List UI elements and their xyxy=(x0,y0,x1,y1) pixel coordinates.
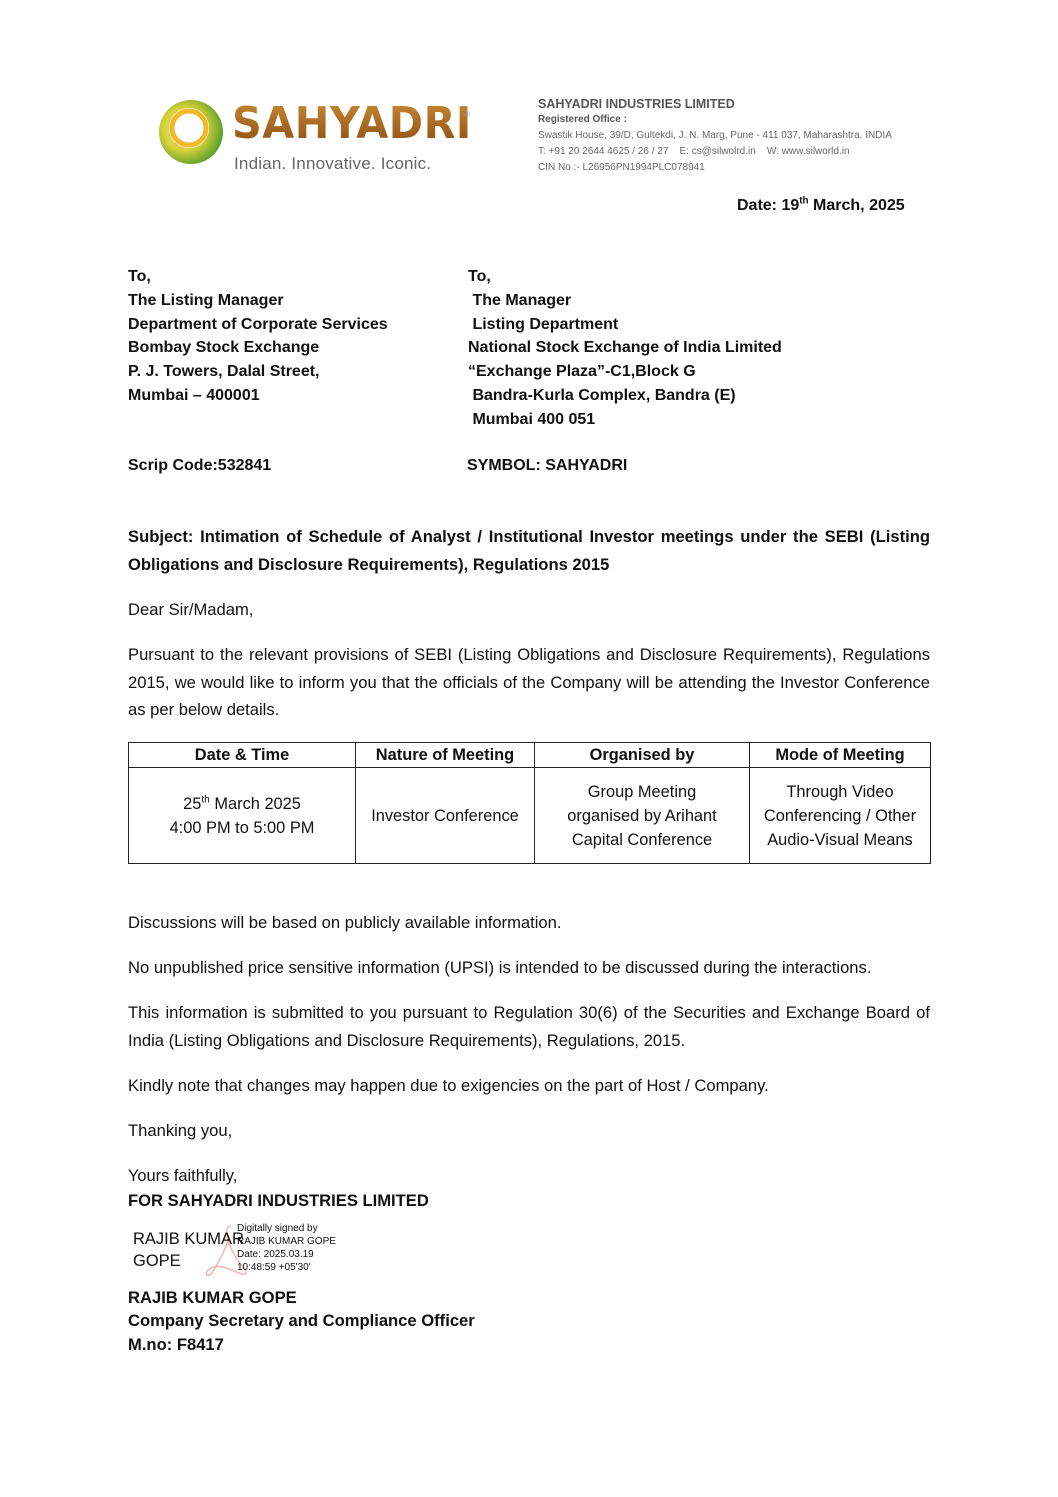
meeting-day-ordinal: th xyxy=(201,794,209,805)
intro-paragraph: Pursuant to the relevant provisions of S… xyxy=(128,641,930,724)
registered-mark: ® xyxy=(464,110,470,119)
address-line: Department of Corporate Services xyxy=(128,313,388,337)
cell-organised-by: Group Meeting organised by Arihant Capit… xyxy=(535,768,750,864)
signature-detail: RAJIB KUMAR GOPE xyxy=(237,1235,336,1248)
paragraph-regulation: This information is submitted to you pur… xyxy=(128,999,930,1054)
col-mode: Mode of Meeting xyxy=(750,743,931,768)
signature-detail: Digitally signed by xyxy=(237,1222,336,1235)
meeting-schedule-table: Date & Time Nature of Meeting Organised … xyxy=(128,742,931,864)
address-line: Mumbai – 400001 xyxy=(128,384,388,408)
signature-details: Digitally signed by RAJIB KUMAR GOPE Dat… xyxy=(237,1222,336,1274)
addressee-bse: To,The Listing ManagerDepartment of Corp… xyxy=(128,265,388,408)
cell-date-time: 25th March 2025 4:00 PM to 5:00 PM xyxy=(129,768,356,864)
address-line: Bandra-Kurla Complex, Bandra (E) xyxy=(468,384,782,408)
paragraph-public-info: Discussions will be based on publicly av… xyxy=(128,909,930,937)
address-line: Mumbai 400 051 xyxy=(468,408,782,432)
col-organised-by: Organised by xyxy=(535,743,750,768)
address-line: P. J. Towers, Dalal Street, xyxy=(128,360,388,384)
col-date-time: Date & Time xyxy=(129,743,356,768)
address-line: To, xyxy=(128,265,388,289)
signature-detail: Date: 2025.03.19 xyxy=(237,1248,336,1261)
signature-detail: 10:48:59 +05'30' xyxy=(237,1261,336,1274)
company-logo: SAHYADRI ® Indian. Innovative. Iconic. xyxy=(158,96,478,180)
digital-signature[interactable]: RAJIB KUMAR GOPE Digitally signed by RAJ… xyxy=(133,1222,393,1282)
scrip-code: Scrip Code:532841 xyxy=(128,457,271,475)
signature-name: RAJIB KUMAR GOPE xyxy=(133,1228,244,1272)
address-line: To, xyxy=(468,265,782,289)
brand-tagline: Indian. Innovative. Iconic. xyxy=(234,154,431,174)
meeting-day: 25 xyxy=(183,795,201,813)
signature-name-line1: RAJIB KUMAR xyxy=(133,1228,244,1250)
signatory-membership: M.no: F8417 xyxy=(128,1335,224,1355)
date-prefix: Date: 19 xyxy=(737,197,799,214)
paragraph-upsi: No unpublished price sensitive informati… xyxy=(128,954,930,982)
addressee-nse: To, The Manager Listing DepartmentNation… xyxy=(468,265,782,432)
registered-office-label: Registered Office : xyxy=(538,112,892,128)
closing-yours: Yours faithfully, xyxy=(128,1167,237,1186)
stock-symbol: SYMBOL: SAHYADRI xyxy=(467,457,627,475)
address-line: Listing Department xyxy=(468,313,782,337)
letterhead-company-name: SAHYADRI INDUSTRIES LIMITED xyxy=(538,96,892,112)
salutation: Dear Sir/Madam, xyxy=(128,596,930,624)
signatory-name: RAJIB KUMAR GOPE xyxy=(128,1288,297,1308)
address-line: Bombay Stock Exchange xyxy=(128,336,388,360)
paragraph-thanks: Thanking you, xyxy=(128,1117,930,1145)
registered-office-address: Swastik House, 39/D, Gultekdi, J. N. Mar… xyxy=(538,128,892,144)
letterhead: SAHYADRI INDUSTRIES LIMITED Registered O… xyxy=(538,96,892,176)
address-line: “Exchange Plaza”-C1,Block G xyxy=(468,360,782,384)
table-row: 25th March 2025 4:00 PM to 5:00 PM Inves… xyxy=(129,768,931,864)
signatory-title: Company Secretary and Compliance Officer xyxy=(128,1311,475,1331)
paragraph-changes-note: Kindly note that changes may happen due … xyxy=(128,1072,930,1100)
address-line: National Stock Exchange of India Limited xyxy=(468,336,782,360)
letterhead-cin: CIN No :- L26956PN1994PLC078941 xyxy=(538,160,892,176)
date-suffix: March, 2025 xyxy=(809,197,905,214)
cell-mode: Through Video Conferencing / Other Audio… xyxy=(750,768,931,864)
letter-subject: Subject: Intimation of Schedule of Analy… xyxy=(128,523,930,578)
col-nature: Nature of Meeting xyxy=(356,743,535,768)
meeting-month-year: March 2025 xyxy=(210,795,301,813)
sun-ring-icon xyxy=(158,99,224,165)
signature-name-line2: GOPE xyxy=(133,1250,244,1272)
letterhead-contact: T: +91 20 2644 4625 / 26 / 27 E: cs@silw… xyxy=(538,144,892,160)
letter-date: Date: 19th March, 2025 xyxy=(737,197,905,215)
cell-nature: Investor Conference xyxy=(356,768,535,864)
table-header-row: Date & Time Nature of Meeting Organised … xyxy=(129,743,931,768)
meeting-time: 4:00 PM to 5:00 PM xyxy=(170,819,315,837)
address-line: The Manager xyxy=(468,289,782,313)
closing-company: FOR SAHYADRI INDUSTRIES LIMITED xyxy=(128,1191,429,1211)
brand-name: SAHYADRI xyxy=(232,98,472,149)
date-ordinal: th xyxy=(799,196,808,207)
address-line: The Listing Manager xyxy=(128,289,388,313)
